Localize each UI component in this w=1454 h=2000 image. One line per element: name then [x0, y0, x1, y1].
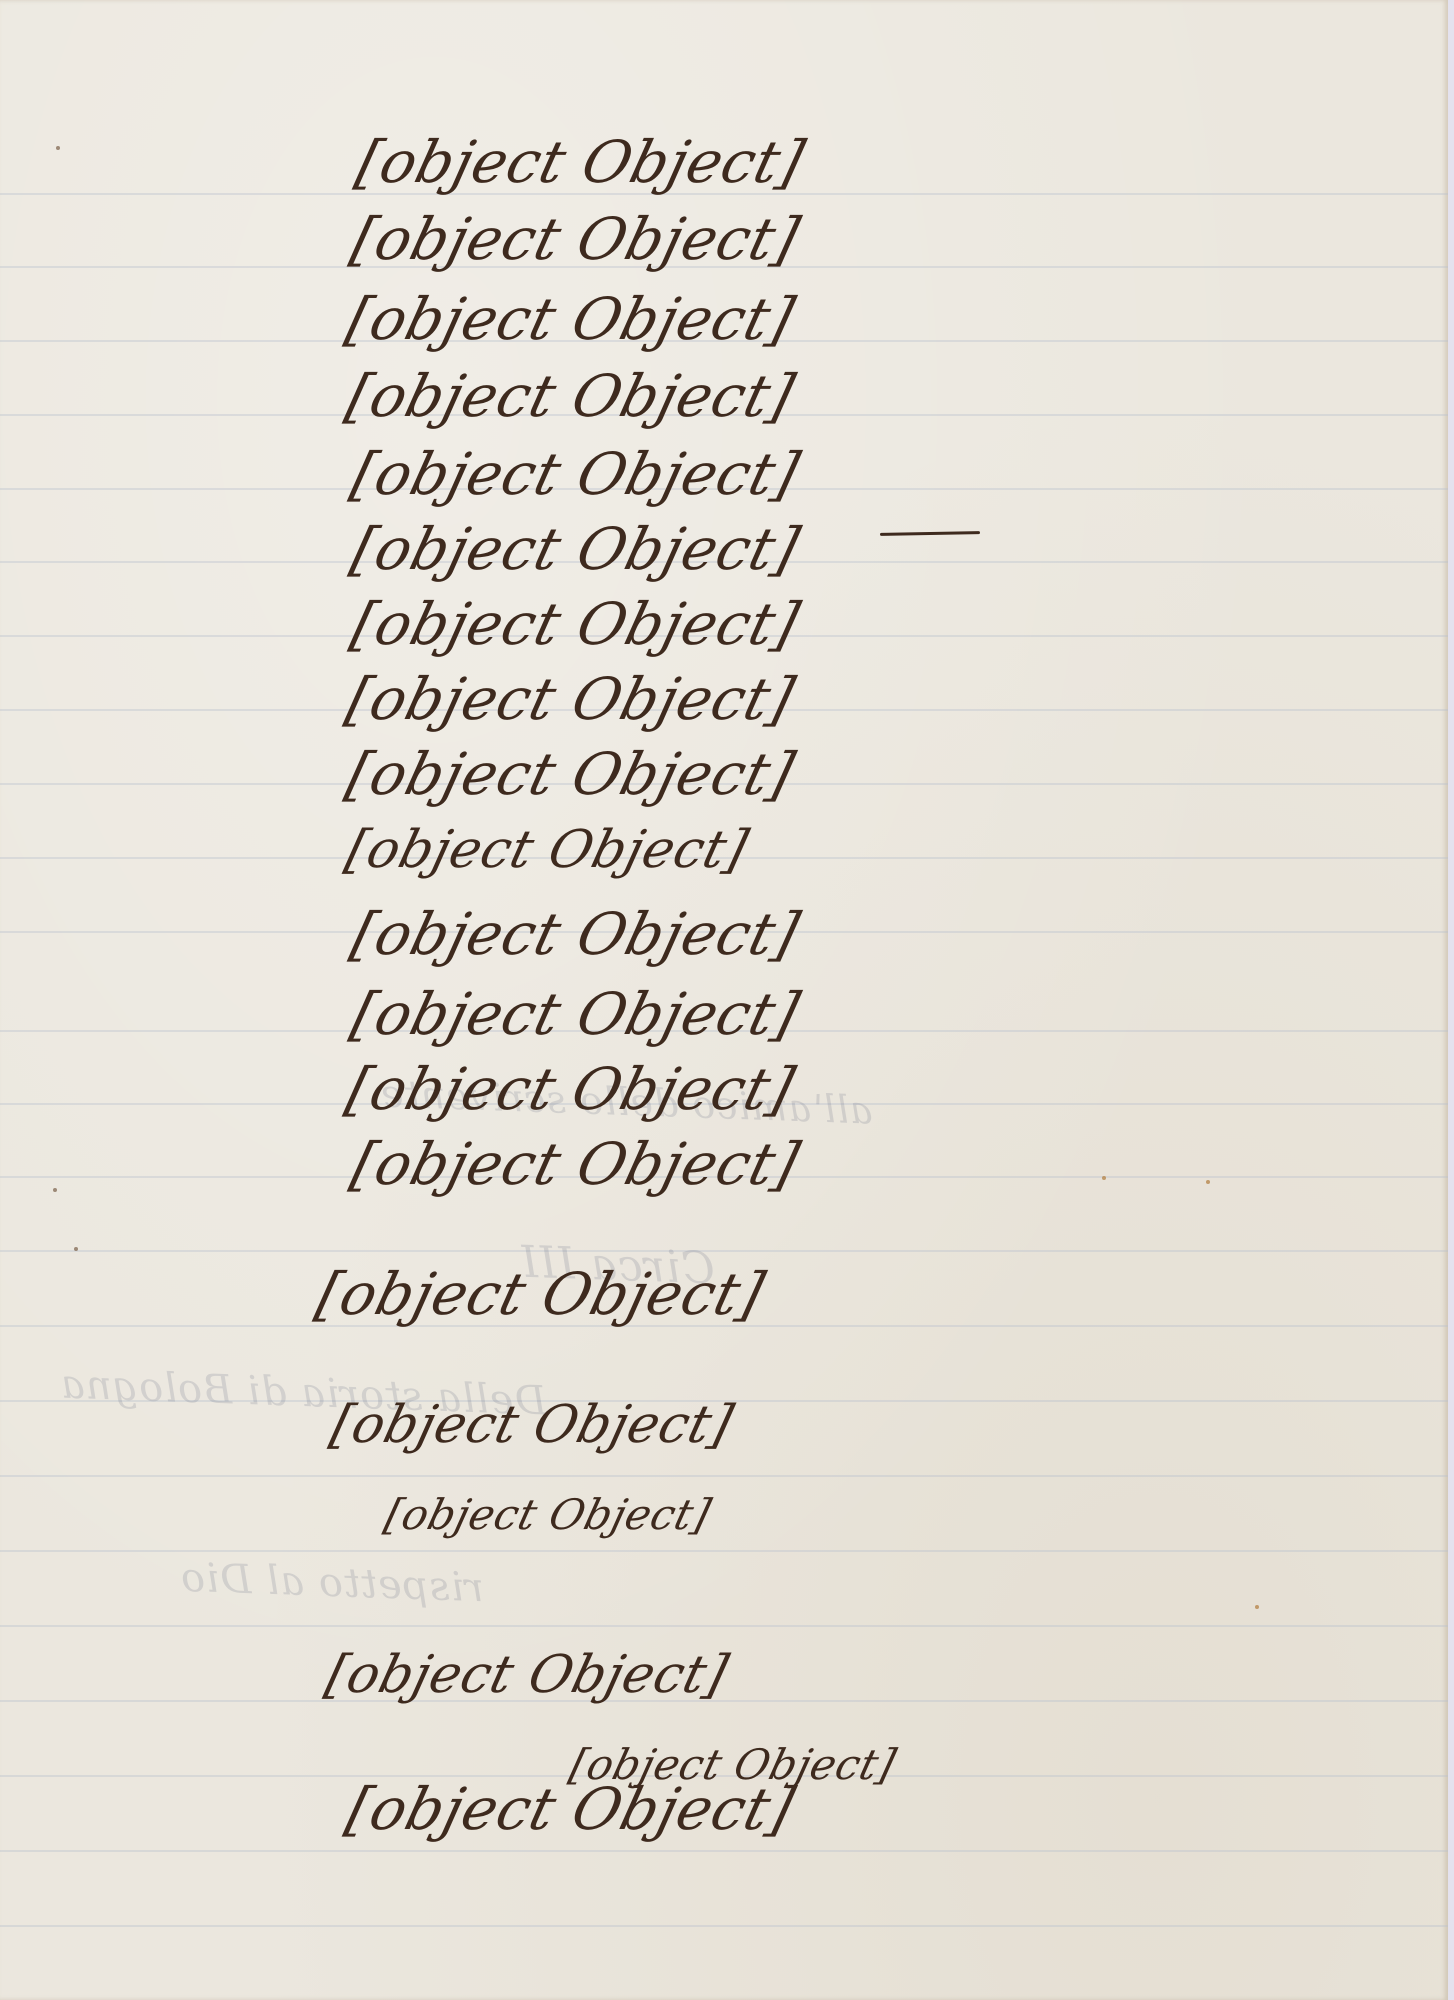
manuscript-line: [object Object] — [340, 1055, 801, 1123]
underline-stroke — [880, 531, 980, 536]
manuscript-line: [object Object] — [310, 1260, 771, 1328]
ruled-line — [0, 1475, 1448, 1477]
scan-background-edge — [1448, 0, 1454, 2000]
ruled-line — [0, 1625, 1448, 1627]
ruled-line — [0, 1850, 1448, 1852]
paper-speck — [56, 146, 60, 150]
paper-speck — [1206, 1180, 1210, 1184]
manuscript-line: [object Object] — [340, 820, 754, 880]
manuscript-line: [object Object] — [340, 362, 801, 430]
manuscript-line: [object Object] — [345, 1130, 806, 1198]
manuscript-line: [object Object] — [340, 1775, 801, 1843]
manuscript-line: [object Object] — [345, 590, 806, 658]
manuscript-line: [object Object] — [340, 740, 801, 808]
paper-speck — [1255, 1605, 1259, 1609]
manuscript-line: [object Object] — [340, 285, 801, 353]
manuscript-line: [object Object] — [325, 1395, 739, 1455]
manuscript-line: [object Object] — [345, 980, 806, 1048]
ruled-line — [0, 1925, 1448, 1927]
paper-speck — [53, 1188, 57, 1192]
bleed-through-text: rispetto al Dio — [179, 1555, 484, 1612]
manuscript-page: Circa III all'amico dello scrivente Dell… — [0, 0, 1448, 2000]
manuscript-line: [object Object] — [380, 1490, 716, 1539]
ruled-line — [0, 1550, 1448, 1552]
ruled-line — [0, 1250, 1448, 1252]
ruled-line — [0, 1700, 1448, 1702]
paper-speck — [1102, 1176, 1106, 1180]
manuscript-line: [object Object] — [340, 665, 801, 733]
manuscript-line: [object Object] — [345, 515, 806, 583]
paper-speck — [74, 1247, 78, 1251]
manuscript-line: [object Object] — [345, 900, 806, 968]
manuscript-line: [object Object] — [350, 128, 811, 196]
manuscript-line: [object Object] — [345, 205, 806, 273]
manuscript-line: [object Object] — [345, 440, 806, 508]
manuscript-line: [object Object] — [320, 1645, 734, 1705]
